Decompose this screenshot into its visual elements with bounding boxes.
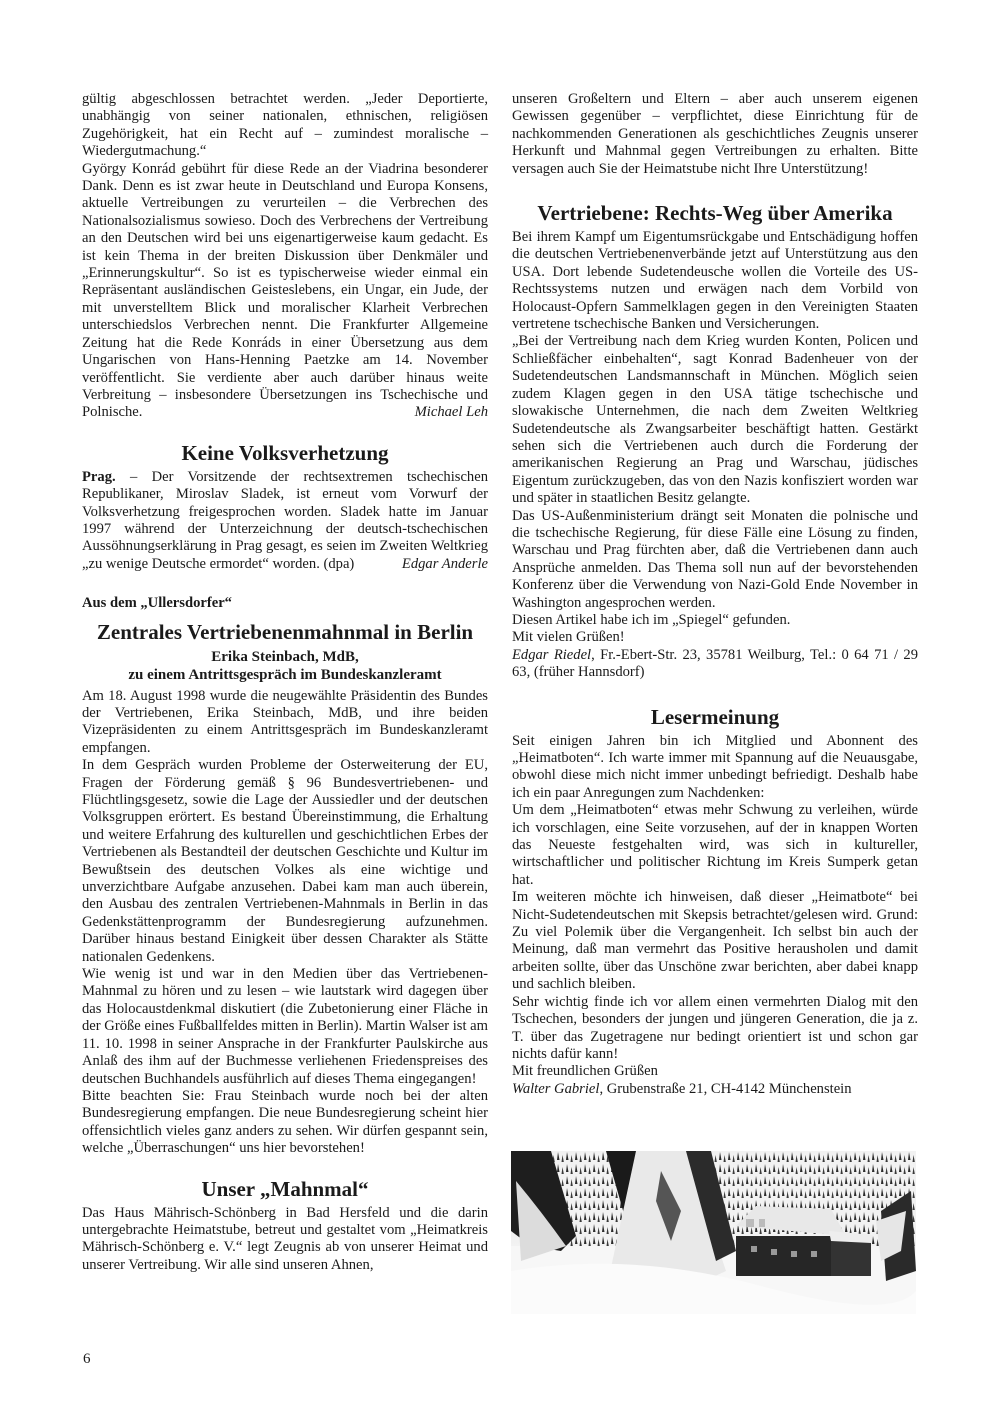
amerika-paragraph-5: Mit vielen Grüßen! xyxy=(512,629,918,646)
subtitle-line-1: Erika Steinbach, MdB, xyxy=(82,648,488,666)
mahnmal-paragraph-2: In dem Gespräch wurden Probleme der Oste… xyxy=(82,757,488,966)
lesermeinung-paragraph-3: Im weiteren möchte ich hinweisen, daß di… xyxy=(512,889,918,993)
lesermeinung-paragraph-2: Um dem „Heimatboten“ etwas mehr Schwung … xyxy=(512,802,918,889)
left-column: gültig abgeschlossen betrachtet werden. … xyxy=(82,91,488,1274)
photo-illustration xyxy=(511,1151,916,1314)
page-number: 6 xyxy=(83,1351,91,1368)
lesermeinung-author: Walter Gabriel, Grubenstraße 21, CH-4142… xyxy=(512,1081,918,1098)
author-address: , Grubenstraße 21, CH-4142 Münchenstein xyxy=(599,1081,851,1097)
lesermeinung-paragraph-1: Seit einigen Jahren bin ich Mitglied und… xyxy=(512,733,918,803)
author-name: Edgar Riedel xyxy=(512,647,591,663)
unser-mahnmal-body: Das Haus Mährisch-Schönberg in Bad Hersf… xyxy=(82,1205,488,1275)
heading-zentrales-mahnmal: Zentrales Vertriebenenmahnmal in Berlin xyxy=(82,619,488,645)
unser-mahnmal-continued: unseren Großeltern und Eltern – aber auc… xyxy=(512,91,918,178)
amerika-paragraph-3: Das US-Außenministerium drängt seit Mona… xyxy=(512,508,918,612)
lesermeinung-paragraph-4: Sehr wichtig finde ich vor allem einen v… xyxy=(512,994,918,1064)
intro-signature: Michael Leh xyxy=(415,404,488,421)
amerika-paragraph-4: Diesen Artikel habe ich im „Spiegel“ gef… xyxy=(512,612,918,629)
subtitle-line-2: zu einem Antrittsgespräch im Bundeskanzl… xyxy=(82,666,488,684)
mahnmal-paragraph-3: Wie wenig ist und war in den Medien über… xyxy=(82,966,488,1088)
heading-keine-volksverhetzung: Keine Volksverhetzung xyxy=(82,440,488,466)
volksverhetzung-body: Prag. – Der Vorsitzende der rechtsextrem… xyxy=(82,469,488,573)
winter-lodge-photo xyxy=(511,1151,916,1314)
heading-unser-mahnmal: Unser „Mahnmal“ xyxy=(82,1176,488,1202)
heading-rechts-weg-amerika: Vertriebene: Rechts-Weg über Amerika xyxy=(512,200,918,226)
mahnmal-paragraph-1: Am 18. August 1998 wurde die neugewählte… xyxy=(82,688,488,758)
kicker-ullersdorfer: Aus dem „Ullersdorfer“ xyxy=(82,595,488,612)
author-name: Walter Gabriel xyxy=(512,1081,599,1097)
amerika-paragraph-2: „Bei der Vertreibung nach dem Krieg wurd… xyxy=(512,333,918,507)
amerika-paragraph-1: Bei ihrem Kampf um Eigentumsrückgabe und… xyxy=(512,229,918,333)
dateline: Prag. xyxy=(82,469,116,485)
intro-paragraph-1: gültig abgeschlossen betrachtet werden. … xyxy=(82,91,488,161)
heading-lesermeinung: Lesermeinung xyxy=(512,704,918,730)
amerika-author: Edgar Riedel, Fr.-Ebert-Str. 23, 35781 W… xyxy=(512,647,918,682)
lesermeinung-paragraph-5: Mit freundlichen Grüßen xyxy=(512,1063,918,1080)
volksverhetzung-signature: Edgar Anderle xyxy=(402,556,488,573)
intro-paragraph-2: György Konrád gebührt für diese Rede an … xyxy=(82,161,488,422)
mahnmal-paragraph-4: Bitte beachten Sie: Frau Steinbach wurde… xyxy=(82,1088,488,1158)
right-column: unseren Großeltern und Eltern – aber auc… xyxy=(512,91,918,1098)
